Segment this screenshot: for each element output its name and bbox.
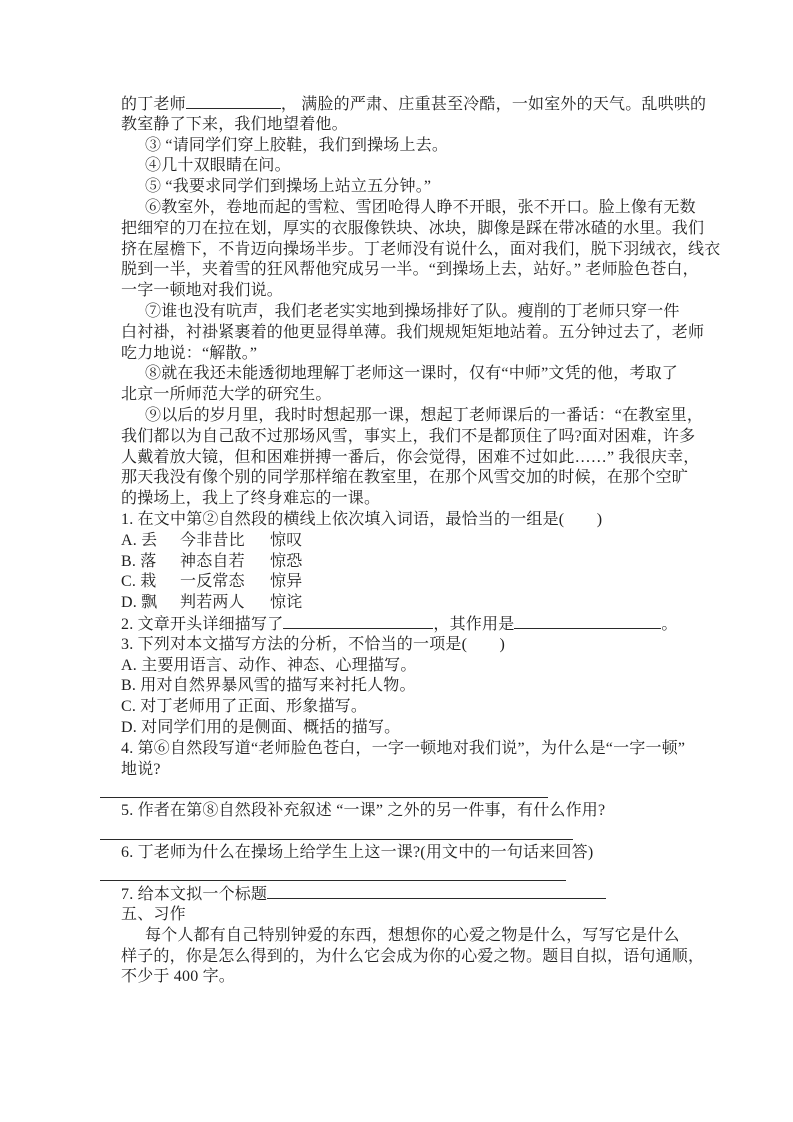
text-run: 一字一顿地对我们说。: [121, 282, 283, 299]
text-run: 样子的，你是怎么得到的，为什么它会成为你的心爱之物。题目自拟，语句通顺，: [121, 948, 704, 965]
text-run: ⑨以后的岁月里，我时时想起那一课，想起丁老师课后的一番话：“在教室里，: [145, 407, 703, 424]
text-line: 6. 丁老师为什么在操场上给学生上这一课?(用文中的一句话来回答): [121, 843, 701, 864]
text-line: C. 对丁老师用了正面、形象描写。: [121, 697, 701, 718]
text-line: 北京一所师范大学的研究生。: [121, 385, 701, 406]
text-run: 把细窄的刀在拉在划，厚实的衣服像铁块、冰块，脚像是踩在带冰碴的水里。我们: [121, 220, 704, 237]
text-line: 7. 给本文拟一个标题: [121, 884, 701, 905]
text-run: 5. 作者在第⑧自然段补充叙述 “一课” 之外的另一件事，有什么作用?: [121, 802, 605, 819]
text-run: 吃力地说：“解散。”: [121, 345, 257, 362]
worksheet-page: 的丁老师， 满脸的严肃、庄重甚至冷酷，一如室外的天气。乱哄哄的教室静了下来，我们…: [0, 0, 793, 1122]
fill-in-blank: [514, 614, 661, 629]
text-run: ， 满脸的严肃、庄重甚至冷酷，一如室外的天气。乱哄哄的: [281, 96, 706, 113]
text-run: 脱到一半，夹着雪的狂风帮他究成另一半。“到操场上去，站好。” 老师脸色苍白，: [121, 261, 699, 278]
option-column: D. 飘: [121, 593, 180, 614]
text-line: 的操场上，我上了终身难忘的一课。: [121, 489, 701, 510]
text-run: ⑤ “我要求同学们到操场上站立五分钟。”: [145, 178, 431, 195]
text-line: 那天我没有像个别的同学那样缩在教室里，在那个风雪交加的时候，在那个空旷: [121, 468, 701, 489]
text-line: C. 栽一反常态惊异: [121, 572, 701, 593]
text-line: 五、习作: [121, 905, 701, 926]
text-line: ⑥教室外，卷地而起的雪粒、雪团呛得人睁不开眼，张不开口。脸上像有无数: [121, 198, 701, 219]
text-line: 人戴着放大镜，但和困难拼搏一番后，你会觉得，困难不过如此……” 我很庆幸，: [121, 448, 701, 469]
text-run: ④几十双眼睛在问。: [145, 157, 291, 174]
text-run: D. 对同学们用的是侧面、概括的描写。: [121, 719, 400, 736]
answer-rule-row: [121, 780, 701, 801]
text-line: 3. 下列对本文描写方法的分析，不恰当的一项是( ): [121, 635, 701, 656]
option-column: 一反常态: [180, 572, 270, 593]
option-column: C. 栽: [121, 572, 180, 593]
text-run: 惊诧: [270, 594, 302, 611]
text-line: 挤在屋檐下，不肯迈向操场半步。丁老师没有说什么，面对我们，脱下羽绒衣，线衣: [121, 240, 701, 261]
text-line: 2. 文章开头详细描写了，其作用是。: [121, 614, 701, 635]
text-run: 地说?: [121, 761, 161, 778]
text-run: 我们都以为自己敌不过那场风雪，事实上，我们不是都顶住了吗?面对困难，许多: [121, 428, 695, 445]
text-run: 的丁老师: [121, 96, 186, 113]
option-column: A. 丢: [121, 531, 180, 552]
text-run: 惊异: [270, 573, 302, 590]
text-line: ④几十双眼睛在问。: [121, 156, 701, 177]
text-run: 的操场上，我上了终身难忘的一课。: [121, 490, 380, 507]
text-run: 惊叹: [270, 532, 302, 549]
text-line: D. 飘判若两人惊诧: [121, 593, 701, 614]
fill-in-blank: [267, 884, 606, 899]
text-run: 教室静了下来，我们地望着他。: [121, 116, 348, 133]
text-line: B. 用对自然界暴风雪的描写来衬托人物。: [121, 676, 701, 697]
text-run: 6. 丁老师为什么在操场上给学生上这一课?(用文中的一句话来回答): [121, 844, 593, 861]
fill-in-blank: [186, 94, 281, 109]
text-line: 地说?: [121, 760, 701, 781]
answer-rule-row: [121, 822, 701, 843]
text-run: 1. 在文中第②自然段的横线上依次填入词语，最恰当的一组是( ): [121, 511, 602, 528]
option-column: B. 落: [121, 552, 180, 573]
text-run: 惊恐: [270, 553, 302, 570]
text-run: 7. 给本文拟一个标题: [121, 886, 267, 903]
text-line: 的丁老师， 满脸的严肃、庄重甚至冷酷，一如室外的天气。乱哄哄的: [121, 94, 701, 115]
text-run: 五、习作: [121, 906, 186, 923]
text-line: B. 落神态自若惊恐: [121, 552, 701, 573]
answer-rule-row: [121, 863, 701, 884]
text-run: ⑧就在我还未能透彻地理解丁老师这一课时，仅有“中师”文凭的他，考取了: [145, 365, 678, 382]
text-line: 每个人都有自己特别钟爱的东西，想想你的心爱之物是什么，写写它是什么: [121, 926, 701, 947]
text-run: 3. 下列对本文描写方法的分析，不恰当的一项是( ): [121, 636, 505, 653]
answer-line: [100, 880, 566, 881]
option-column: 今非昔比: [180, 531, 270, 552]
text-run: 那天我没有像个别的同学那样缩在教室里，在那个风雪交加的时候，在那个空旷: [121, 469, 688, 486]
text-run: 每个人都有自己特别钟爱的东西，想想你的心爱之物是什么，写写它是什么: [145, 927, 680, 944]
text-line: 教室静了下来，我们地望着他。: [121, 115, 701, 136]
text-run: 2. 文章开头详细描写了: [121, 616, 283, 633]
text-run: C. 对丁老师用了正面、形象描写。: [121, 698, 367, 715]
text-run: ，其作用是: [433, 616, 514, 633]
text-run: ③ “请同学们穿上胶鞋，我们到操场上去。: [145, 137, 448, 154]
text-run: ⑦谁也没有吭声，我们老老实实地到操场排好了队。瘦削的丁老师只穿一件: [145, 303, 680, 320]
text-line: 4. 第⑥自然段写道“老师脸色苍白，一字一顿地对我们说”，为什么是“一字一顿”: [121, 739, 701, 760]
text-line: A. 丢今非昔比惊叹: [121, 531, 701, 552]
answer-line: [100, 839, 573, 840]
text-line: ⑧就在我还未能透彻地理解丁老师这一课时，仅有“中师”文凭的他，考取了: [121, 364, 701, 385]
text-line: D. 对同学们用的是侧面、概括的描写。: [121, 718, 701, 739]
text-run: 4. 第⑥自然段写道“老师脸色苍白，一字一顿地对我们说”，为什么是“一字一顿”: [121, 740, 685, 757]
text-line: ⑤ “我要求同学们到操场上站立五分钟。”: [121, 177, 701, 198]
text-line: ⑦谁也没有吭声，我们老老实实地到操场排好了队。瘦削的丁老师只穿一件: [121, 302, 701, 323]
fill-in-blank: [283, 614, 433, 629]
text-line: 我们都以为自己敌不过那场风雪，事实上，我们不是都顶住了吗?面对困难，许多: [121, 427, 701, 448]
text-run: 。: [661, 616, 677, 633]
text-line: 吃力地说：“解散。”: [121, 344, 701, 365]
text-line: 不少于 400 字。: [121, 967, 701, 988]
text-line: 把细窄的刀在拉在划，厚实的衣服像铁块、冰块，脚像是踩在带冰碴的水里。我们: [121, 219, 701, 240]
text-run: 白衬褂，衬褂紧裹着的他更显得单薄。我们规规矩矩地站着。五分钟过去了，老师: [121, 324, 704, 341]
text-line: 白衬褂，衬褂紧裹着的他更显得单薄。我们规规矩矩地站着。五分钟过去了，老师: [121, 323, 701, 344]
text-run: 北京一所师范大学的研究生。: [121, 386, 332, 403]
text-run: A. 主要用语言、动作、神态、心理描写。: [121, 657, 417, 674]
text-run: 不少于 400 字。: [121, 968, 235, 985]
text-line: 5. 作者在第⑧自然段补充叙述 “一课” 之外的另一件事，有什么作用?: [121, 801, 701, 822]
text-line: A. 主要用语言、动作、神态、心理描写。: [121, 656, 701, 677]
text-run: 挤在屋檐下，不肯迈向操场半步。丁老师没有说什么，面对我们，脱下羽绒衣，线衣: [121, 241, 720, 258]
text-line: ③ “请同学们穿上胶鞋，我们到操场上去。: [121, 136, 701, 157]
text-line: 脱到一半，夹着雪的狂风帮他究成另一半。“到操场上去，站好。” 老师脸色苍白，: [121, 260, 701, 281]
answer-line: [100, 797, 548, 798]
text-line: ⑨以后的岁月里，我时时想起那一课，想起丁老师课后的一番话：“在教室里，: [121, 406, 701, 427]
option-column: 判若两人: [180, 593, 270, 614]
option-column: 神态自若: [180, 552, 270, 573]
text-run: ⑥教室外，卷地而起的雪粒、雪团呛得人睁不开眼，张不开口。脸上像有无数: [145, 199, 696, 216]
text-line: 1. 在文中第②自然段的横线上依次填入词语，最恰当的一组是( ): [121, 510, 701, 531]
text-run: B. 用对自然界暴风雪的描写来衬托人物。: [121, 677, 416, 694]
text-line: 一字一顿地对我们说。: [121, 281, 701, 302]
document-content: 的丁老师， 满脸的严肃、庄重甚至冷酷，一如室外的天气。乱哄哄的教室静了下来，我们…: [121, 94, 701, 988]
text-run: 人戴着放大镜，但和困难拼搏一番后，你会觉得，困难不过如此……” 我很庆幸，: [121, 449, 700, 466]
text-line: 样子的，你是怎么得到的，为什么它会成为你的心爱之物。题目自拟，语句通顺，: [121, 947, 701, 968]
